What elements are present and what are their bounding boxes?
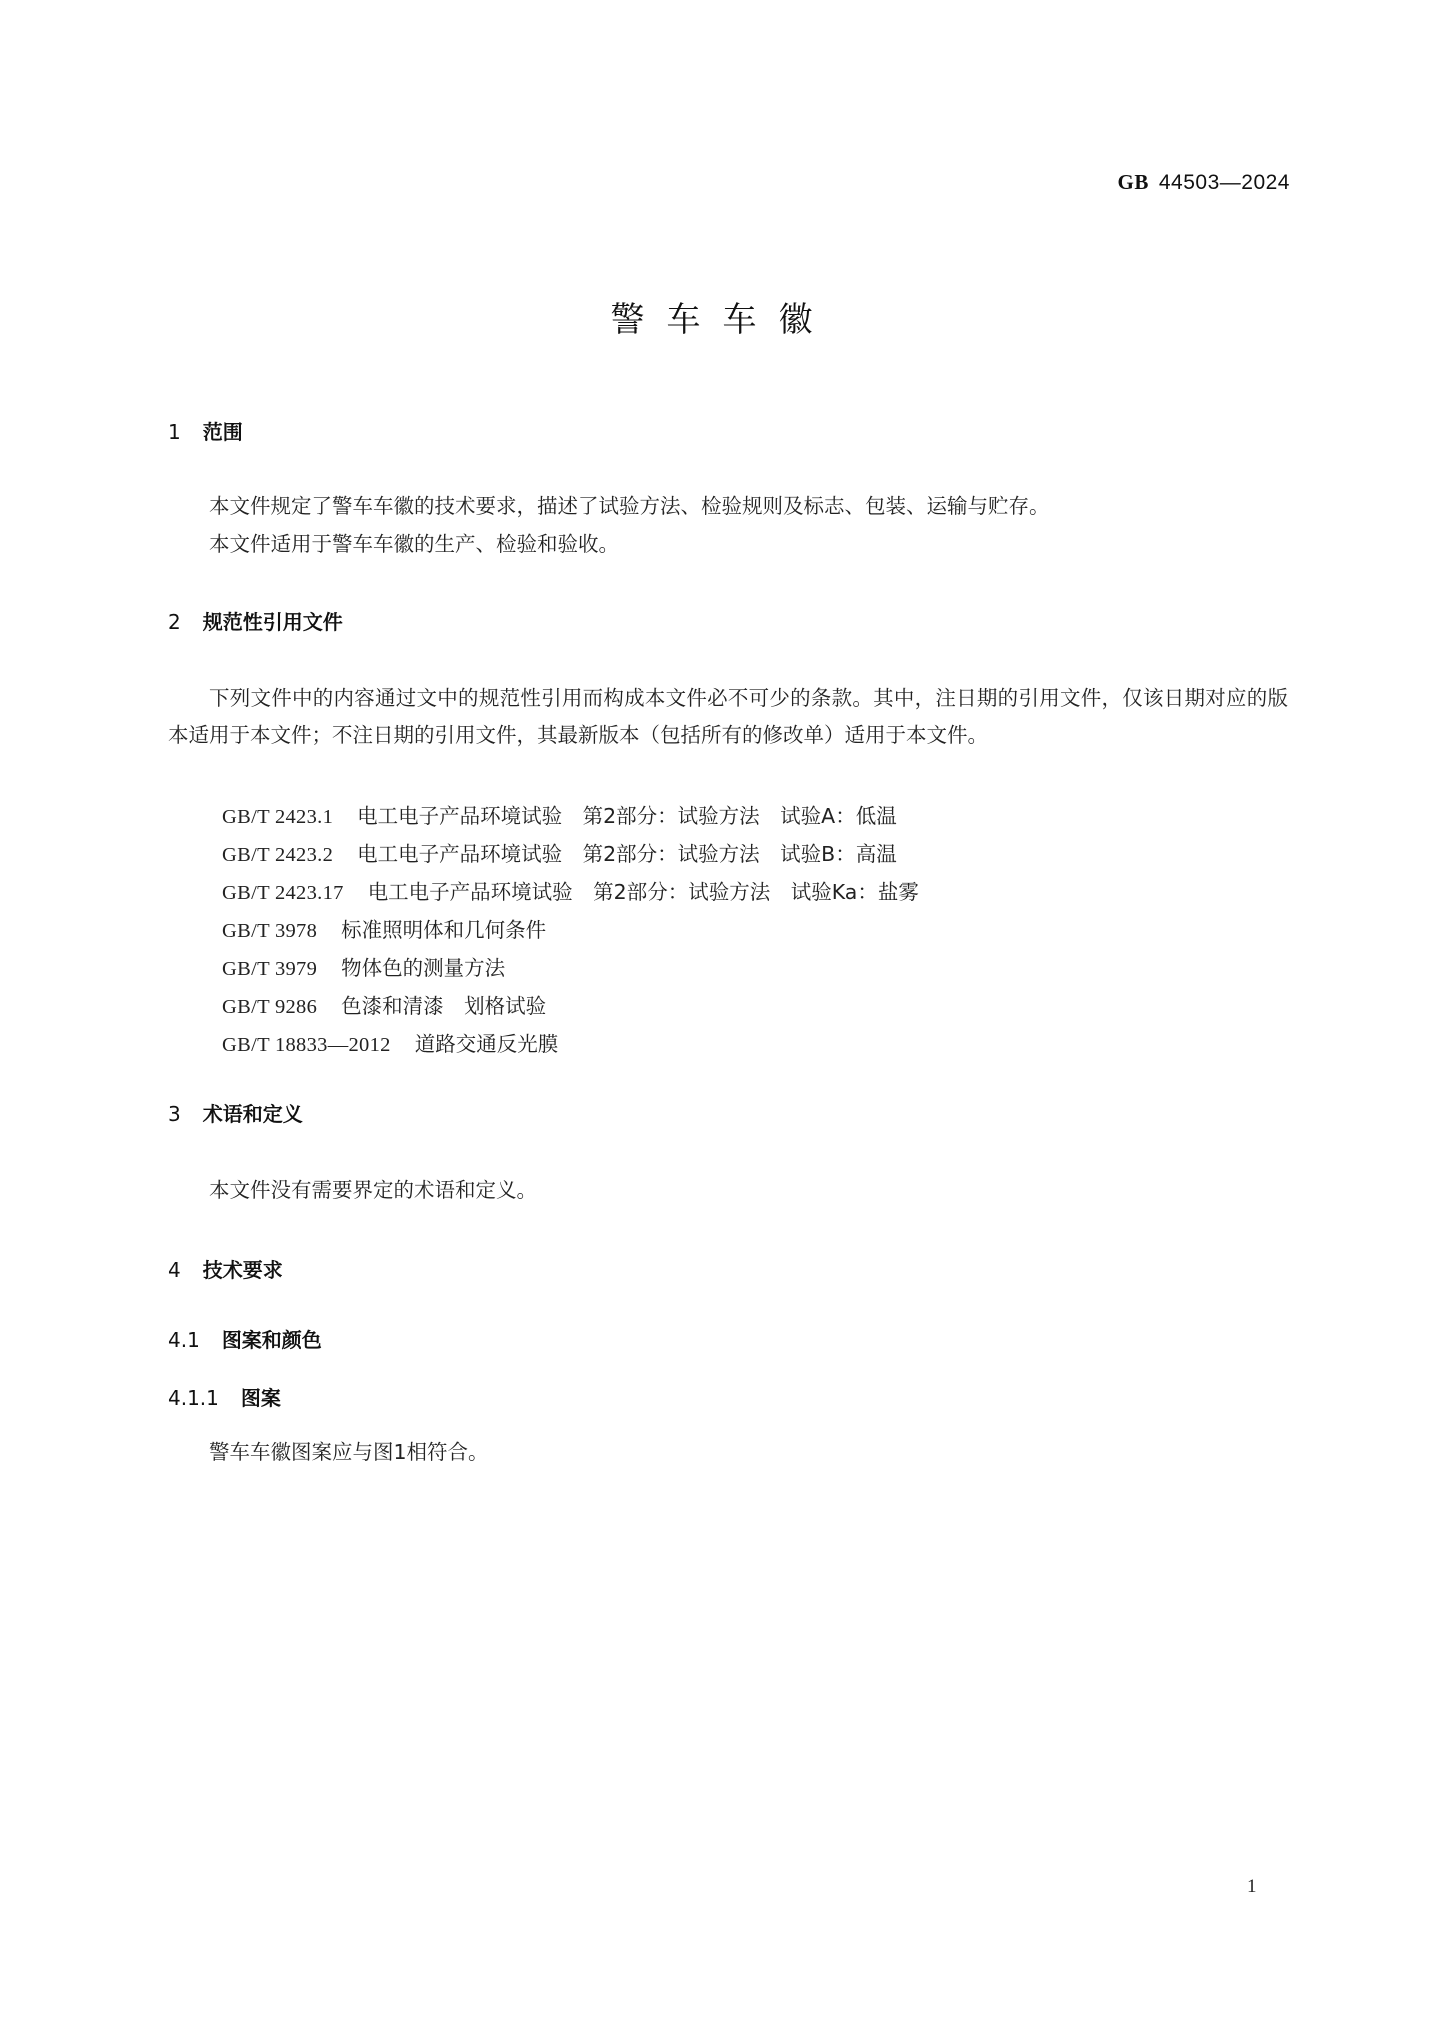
section-heading-technical-requirements: 4技术要求: [168, 1254, 283, 1283]
reference-code: GB/T 2423.1: [222, 806, 333, 828]
document-title: 警车车徽: [0, 292, 1445, 341]
section-title: 规范性引用文件: [203, 610, 343, 634]
section-number: 2: [168, 610, 181, 634]
reference-code: GB/T 2423.17: [222, 882, 344, 904]
subsection-heading-pattern: 4.1.1图案: [168, 1382, 281, 1411]
reference-item: GB/T 3979物体色的测量方法: [222, 949, 919, 987]
reference-title: 色漆和清漆 划格试验: [341, 994, 546, 1018]
reference-title: 标准照明体和几何条件: [341, 918, 546, 942]
section-number: 3: [168, 1102, 181, 1126]
reference-title: 道路交通反光膜: [415, 1032, 559, 1056]
section-title: 图案: [241, 1386, 281, 1410]
reference-item: GB/T 18833—2012道路交通反光膜: [222, 1025, 919, 1063]
reference-title: 物体色的测量方法: [341, 956, 505, 980]
terms-paragraph: 本文件没有需要界定的术语和定义。: [168, 1172, 1288, 1209]
document-page: GB44503—2024 警车车徽 1范围 本文件规定了警车车徽的技术要求，描述…: [0, 0, 1445, 2044]
section-title: 范围: [203, 420, 243, 444]
scope-paragraph-1: 本文件规定了警车车徽的技术要求，描述了试验方法、检验规则及标志、包装、运输与贮存…: [168, 488, 1288, 525]
reference-title: 电工电子产品环境试验 第2部分：试验方法 试验A：低温: [357, 804, 897, 828]
reference-code: GB/T 9286: [222, 996, 317, 1018]
reference-title: 电工电子产品环境试验 第2部分：试验方法 试验B：高温: [357, 842, 897, 866]
section-number: 4.1.1: [168, 1386, 219, 1410]
pattern-paragraph: 警车车徽图案应与图1相符合。: [168, 1434, 1288, 1471]
section-number: 1: [168, 420, 181, 444]
subsection-heading-pattern-and-color: 4.1图案和颜色: [168, 1324, 322, 1353]
reference-item: GB/T 9286色漆和清漆 划格试验: [222, 987, 919, 1025]
section-title: 术语和定义: [203, 1102, 303, 1126]
standard-number: 44503—2024: [1159, 171, 1290, 194]
section-title: 技术要求: [203, 1258, 283, 1282]
section-heading-terms: 3术语和定义: [168, 1098, 303, 1127]
section-heading-normative-references: 2规范性引用文件: [168, 606, 343, 635]
reference-title: 电工电子产品环境试验 第2部分：试验方法 试验Ka：盐雾: [368, 880, 919, 904]
reference-item: GB/T 2423.1电工电子产品环境试验 第2部分：试验方法 试验A：低温: [222, 797, 919, 835]
reference-item: GB/T 2423.2电工电子产品环境试验 第2部分：试验方法 试验B：高温: [222, 835, 919, 873]
standard-prefix: GB: [1118, 170, 1149, 194]
reference-code: GB/T 18833—2012: [222, 1034, 391, 1056]
standard-code: GB44503—2024: [1118, 170, 1290, 195]
reference-code: GB/T 3979: [222, 958, 317, 980]
reference-list: GB/T 2423.1电工电子产品环境试验 第2部分：试验方法 试验A：低温 G…: [222, 797, 919, 1063]
reference-code: GB/T 3978: [222, 920, 317, 942]
reference-item: GB/T 2423.17电工电子产品环境试验 第2部分：试验方法 试验Ka：盐雾: [222, 873, 919, 911]
scope-paragraph-2: 本文件适用于警车车徽的生产、检验和验收。: [168, 526, 1288, 563]
page-number: 1: [1247, 1876, 1257, 1898]
reference-item: GB/T 3978标准照明体和几何条件: [222, 911, 919, 949]
normative-references-intro: 下列文件中的内容通过文中的规范性引用而构成本文件必不可少的条款。其中，注日期的引…: [168, 680, 1288, 754]
section-number: 4: [168, 1258, 181, 1282]
section-title: 图案和颜色: [222, 1328, 322, 1352]
reference-code: GB/T 2423.2: [222, 844, 333, 866]
section-number: 4.1: [168, 1328, 200, 1352]
section-heading-scope: 1范围: [168, 416, 243, 445]
